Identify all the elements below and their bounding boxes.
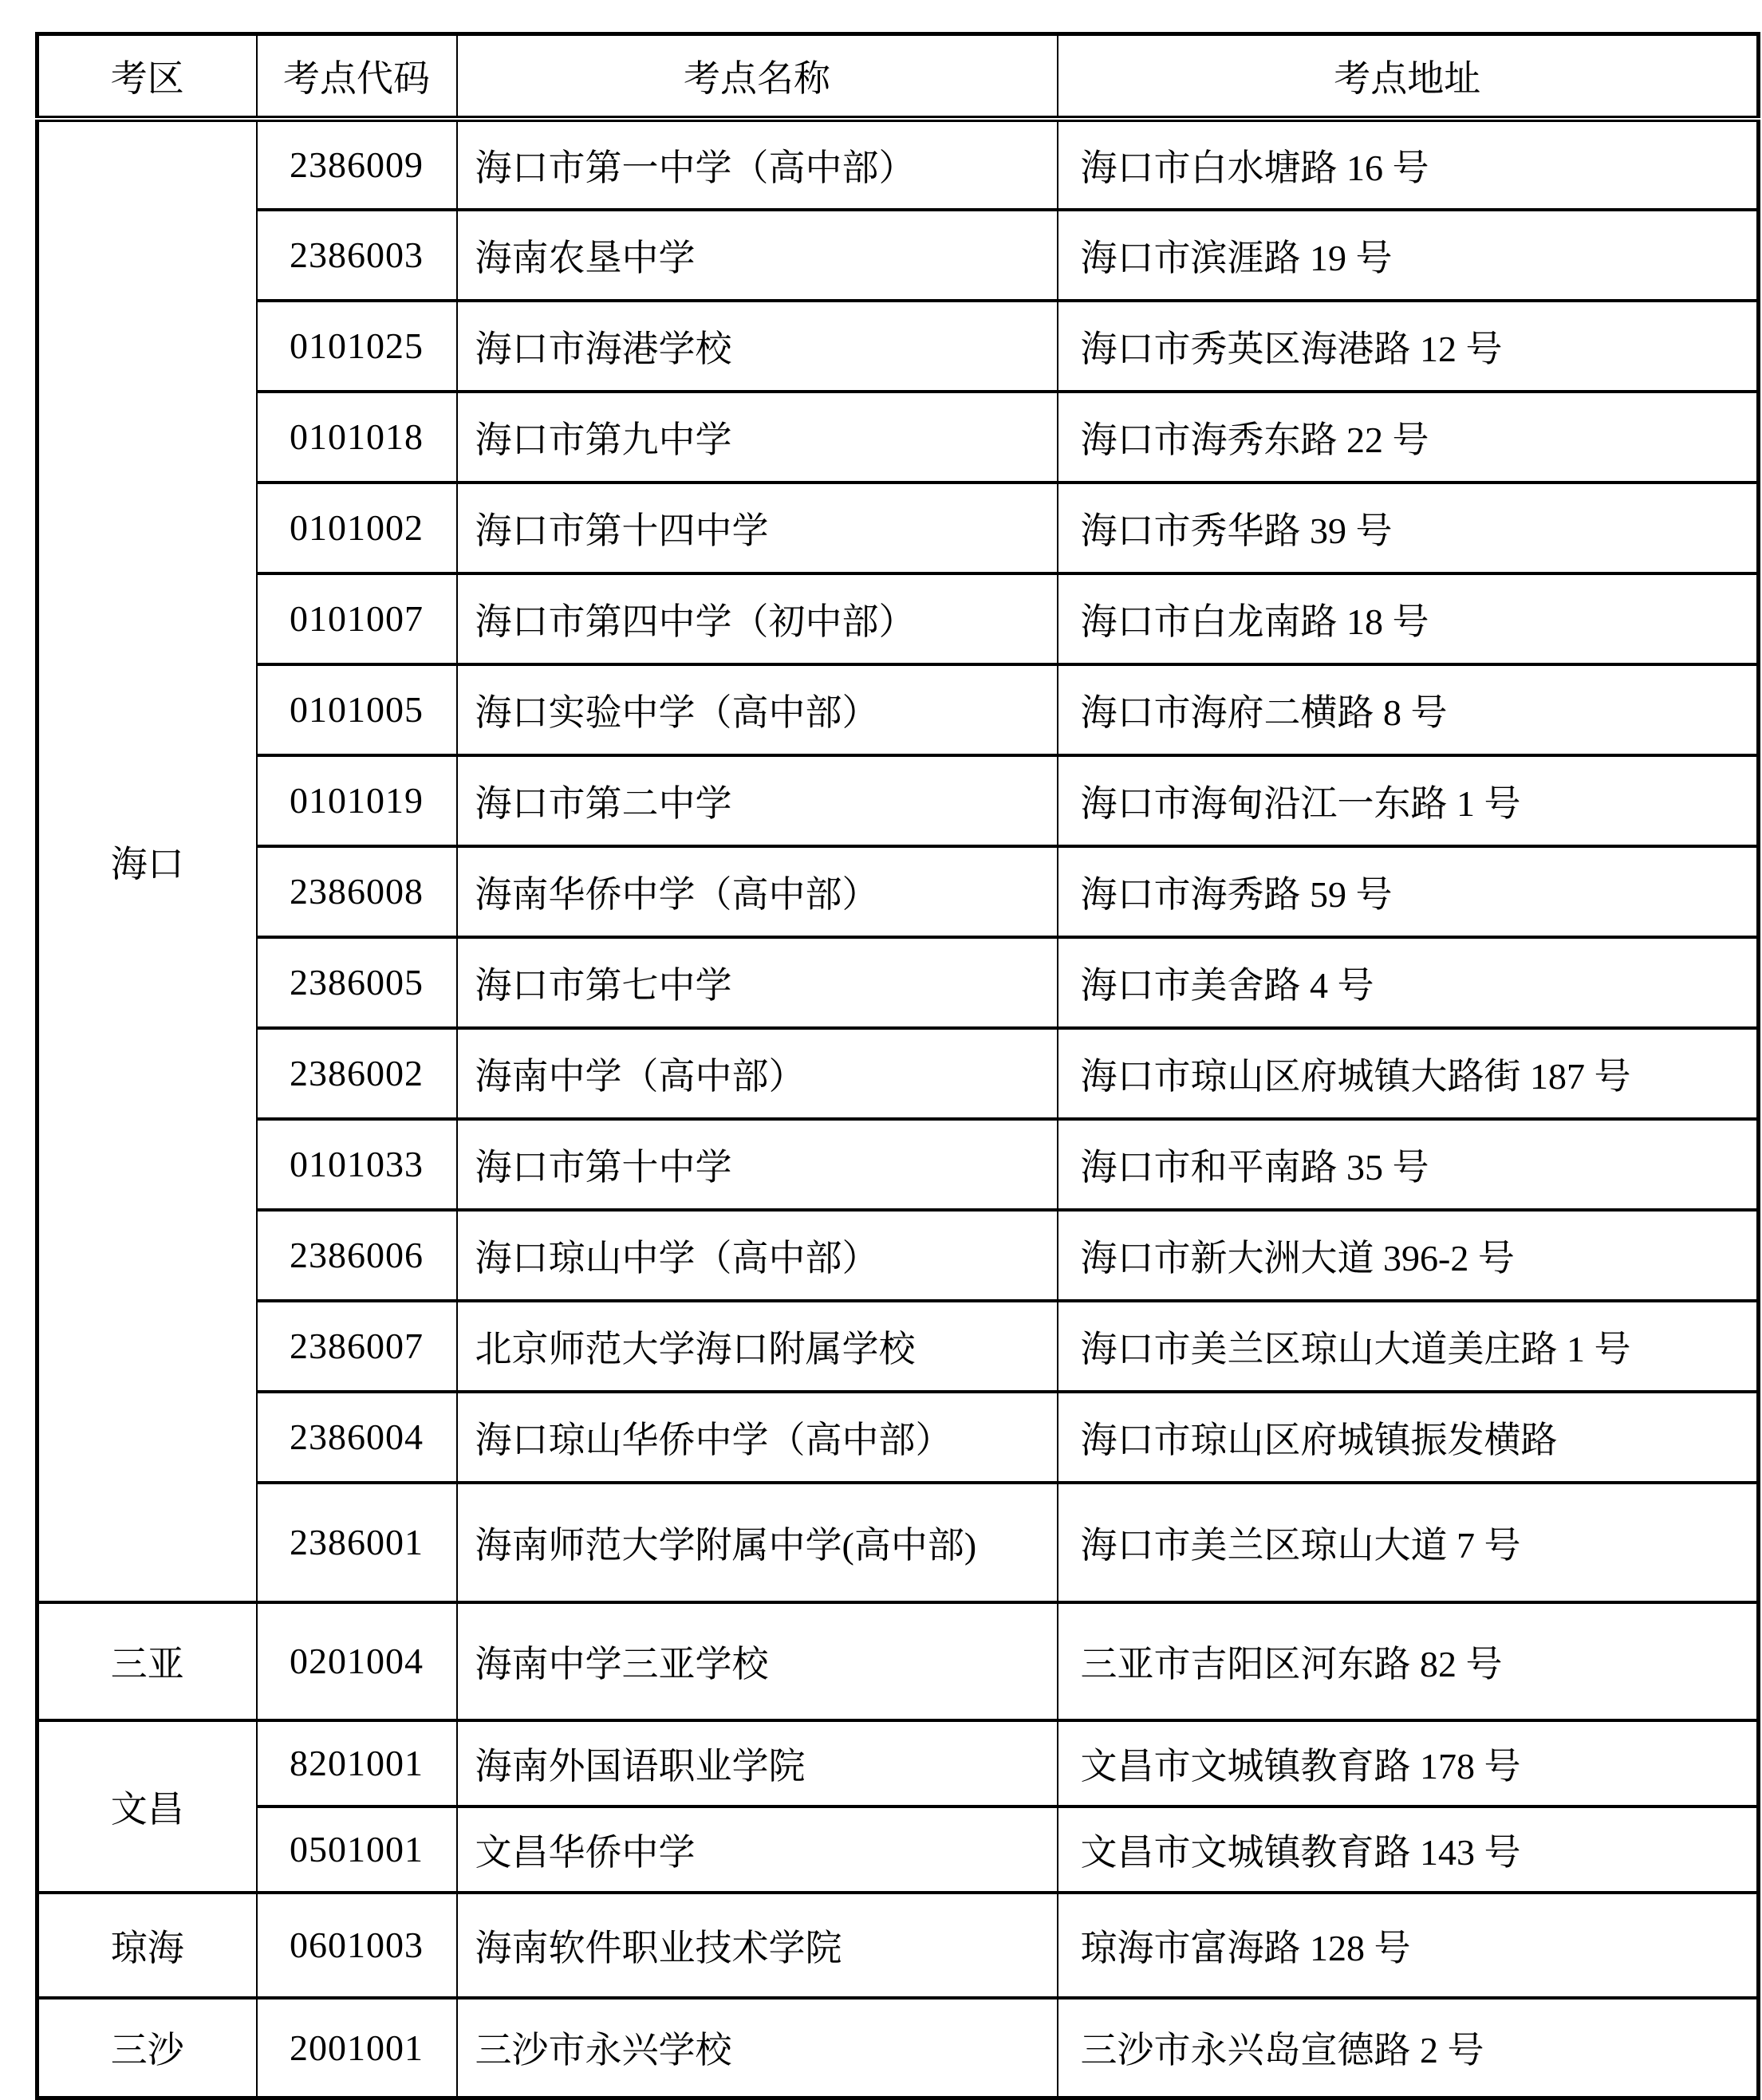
- name-cell: 北京师范大学海口附属学校: [457, 1301, 1058, 1392]
- code-cell: 2386004: [257, 1392, 457, 1483]
- table-row: 0501001文昌华侨中学文昌市文城镇教育路 143 号: [37, 1806, 1759, 1893]
- name-cell: 海南中学三亚学校: [457, 1602, 1058, 1720]
- region-cell: 琼海: [37, 1893, 257, 1998]
- code-cell: 0201004: [257, 1602, 457, 1720]
- address-cell: 海口市白龙南路 18 号: [1058, 573, 1759, 664]
- table-row: 0101019海口市第二中学海口市海甸沿江一东路 1 号: [37, 755, 1759, 846]
- name-cell: 海口琼山华侨中学（高中部）: [457, 1392, 1058, 1483]
- name-cell: 海口市海港学校: [457, 301, 1058, 392]
- address-cell: 文昌市文城镇教育路 178 号: [1058, 1720, 1759, 1806]
- code-cell: 2386003: [257, 210, 457, 301]
- code-cell: 0501001: [257, 1806, 457, 1893]
- table-row: 2386005海口市第七中学海口市美舍路 4 号: [37, 937, 1759, 1028]
- address-cell: 三亚市吉阳区河东路 82 号: [1058, 1602, 1759, 1720]
- table-row: 三沙2001001三沙市永兴学校三沙市永兴岛宣德路 2 号: [37, 1998, 1759, 2098]
- header-name: 考点名称: [457, 34, 1058, 119]
- address-cell: 海口市新大洲大道 396-2 号: [1058, 1210, 1759, 1301]
- code-cell: 2386009: [257, 119, 457, 210]
- table-row: 2386006海口琼山中学（高中部）海口市新大洲大道 396-2 号: [37, 1210, 1759, 1301]
- name-cell: 海口市第十四中学: [457, 483, 1058, 573]
- address-cell: 海口市琼山区府城镇大路街 187 号: [1058, 1028, 1759, 1119]
- region-cell: 文昌: [37, 1720, 257, 1893]
- address-cell: 琼海市富海路 128 号: [1058, 1893, 1759, 1998]
- header-address: 考点地址: [1058, 34, 1759, 119]
- exam-sites-table: 考区 考点代码 考点名称 考点地址 海口2386009海口市第一中学（高中部）海…: [35, 32, 1760, 2100]
- name-cell: 海口实验中学（高中部）: [457, 664, 1058, 755]
- code-cell: 0101033: [257, 1119, 457, 1210]
- table-row: 0101033海口市第十中学海口市和平南路 35 号: [37, 1119, 1759, 1210]
- name-cell: 海南师范大学附属中学(高中部): [457, 1483, 1058, 1602]
- address-cell: 海口市美兰区琼山大道 7 号: [1058, 1483, 1759, 1602]
- address-cell: 文昌市文城镇教育路 143 号: [1058, 1806, 1759, 1893]
- code-cell: 2001001: [257, 1998, 457, 2098]
- address-cell: 海口市秀华路 39 号: [1058, 483, 1759, 573]
- table-header: 考区 考点代码 考点名称 考点地址: [37, 34, 1759, 119]
- name-cell: 三沙市永兴学校: [457, 1998, 1058, 2098]
- address-cell: 海口市白水塘路 16 号: [1058, 119, 1759, 210]
- table-row: 2386003海南农垦中学海口市滨涯路 19 号: [37, 210, 1759, 301]
- code-cell: 0601003: [257, 1893, 457, 1998]
- name-cell: 海南农垦中学: [457, 210, 1058, 301]
- address-cell: 海口市美兰区琼山大道美庄路 1 号: [1058, 1301, 1759, 1392]
- name-cell: 海南中学（高中部）: [457, 1028, 1058, 1119]
- code-cell: 0101025: [257, 301, 457, 392]
- table-row: 文昌8201001海南外国语职业学院文昌市文城镇教育路 178 号: [37, 1720, 1759, 1806]
- region-cell: 三沙: [37, 1998, 257, 2098]
- table-row: 三亚0201004海南中学三亚学校三亚市吉阳区河东路 82 号: [37, 1602, 1759, 1720]
- code-cell: 0101019: [257, 755, 457, 846]
- name-cell: 海口市第十中学: [457, 1119, 1058, 1210]
- address-cell: 海口市海甸沿江一东路 1 号: [1058, 755, 1759, 846]
- header-row: 考区 考点代码 考点名称 考点地址: [37, 34, 1759, 119]
- table-body: 海口2386009海口市第一中学（高中部）海口市白水塘路 16 号2386003…: [37, 119, 1759, 2098]
- name-cell: 海口市第一中学（高中部）: [457, 119, 1058, 210]
- address-cell: 海口市和平南路 35 号: [1058, 1119, 1759, 1210]
- table-row: 琼海0601003海南软件职业技术学院琼海市富海路 128 号: [37, 1893, 1759, 1998]
- code-cell: 2386008: [257, 846, 457, 937]
- table-row: 2386004海口琼山华侨中学（高中部）海口市琼山区府城镇振发横路: [37, 1392, 1759, 1483]
- table-row: 2386007北京师范大学海口附属学校海口市美兰区琼山大道美庄路 1 号: [37, 1301, 1759, 1392]
- address-cell: 海口市海府二横路 8 号: [1058, 664, 1759, 755]
- name-cell: 海南外国语职业学院: [457, 1720, 1058, 1806]
- name-cell: 海口市第四中学（初中部）: [457, 573, 1058, 664]
- table-row: 2386002海南中学（高中部）海口市琼山区府城镇大路街 187 号: [37, 1028, 1759, 1119]
- table-row: 2386008海南华侨中学（高中部）海口市海秀路 59 号: [37, 846, 1759, 937]
- code-cell: 2386007: [257, 1301, 457, 1392]
- table-row: 海口2386009海口市第一中学（高中部）海口市白水塘路 16 号: [37, 119, 1759, 210]
- address-cell: 三沙市永兴岛宣德路 2 号: [1058, 1998, 1759, 2098]
- code-cell: 2386006: [257, 1210, 457, 1301]
- name-cell: 文昌华侨中学: [457, 1806, 1058, 1893]
- table-row: 0101018海口市第九中学海口市海秀东路 22 号: [37, 392, 1759, 483]
- address-cell: 海口市秀英区海港路 12 号: [1058, 301, 1759, 392]
- code-cell: 0101007: [257, 573, 457, 664]
- address-cell: 海口市美舍路 4 号: [1058, 937, 1759, 1028]
- table-row: 0101007海口市第四中学（初中部）海口市白龙南路 18 号: [37, 573, 1759, 664]
- name-cell: 海口琼山中学（高中部）: [457, 1210, 1058, 1301]
- code-cell: 2386005: [257, 937, 457, 1028]
- code-cell: 2386002: [257, 1028, 457, 1119]
- name-cell: 海口市第二中学: [457, 755, 1058, 846]
- table-row: 0101025海口市海港学校海口市秀英区海港路 12 号: [37, 301, 1759, 392]
- address-cell: 海口市海秀路 59 号: [1058, 846, 1759, 937]
- address-cell: 海口市滨涯路 19 号: [1058, 210, 1759, 301]
- table-row: 2386001海南师范大学附属中学(高中部)海口市美兰区琼山大道 7 号: [37, 1483, 1759, 1602]
- table-row: 0101005海口实验中学（高中部）海口市海府二横路 8 号: [37, 664, 1759, 755]
- table-row: 0101002海口市第十四中学海口市秀华路 39 号: [37, 483, 1759, 573]
- header-code: 考点代码: [257, 34, 457, 119]
- region-cell: 三亚: [37, 1602, 257, 1720]
- header-region: 考区: [37, 34, 257, 119]
- code-cell: 0101018: [257, 392, 457, 483]
- name-cell: 海南华侨中学（高中部）: [457, 846, 1058, 937]
- address-cell: 海口市琼山区府城镇振发横路: [1058, 1392, 1759, 1483]
- name-cell: 海南软件职业技术学院: [457, 1893, 1058, 1998]
- code-cell: 8201001: [257, 1720, 457, 1806]
- code-cell: 0101005: [257, 664, 457, 755]
- code-cell: 0101002: [257, 483, 457, 573]
- code-cell: 2386001: [257, 1483, 457, 1602]
- name-cell: 海口市第七中学: [457, 937, 1058, 1028]
- name-cell: 海口市第九中学: [457, 392, 1058, 483]
- region-cell: 海口: [37, 119, 257, 1602]
- address-cell: 海口市海秀东路 22 号: [1058, 392, 1759, 483]
